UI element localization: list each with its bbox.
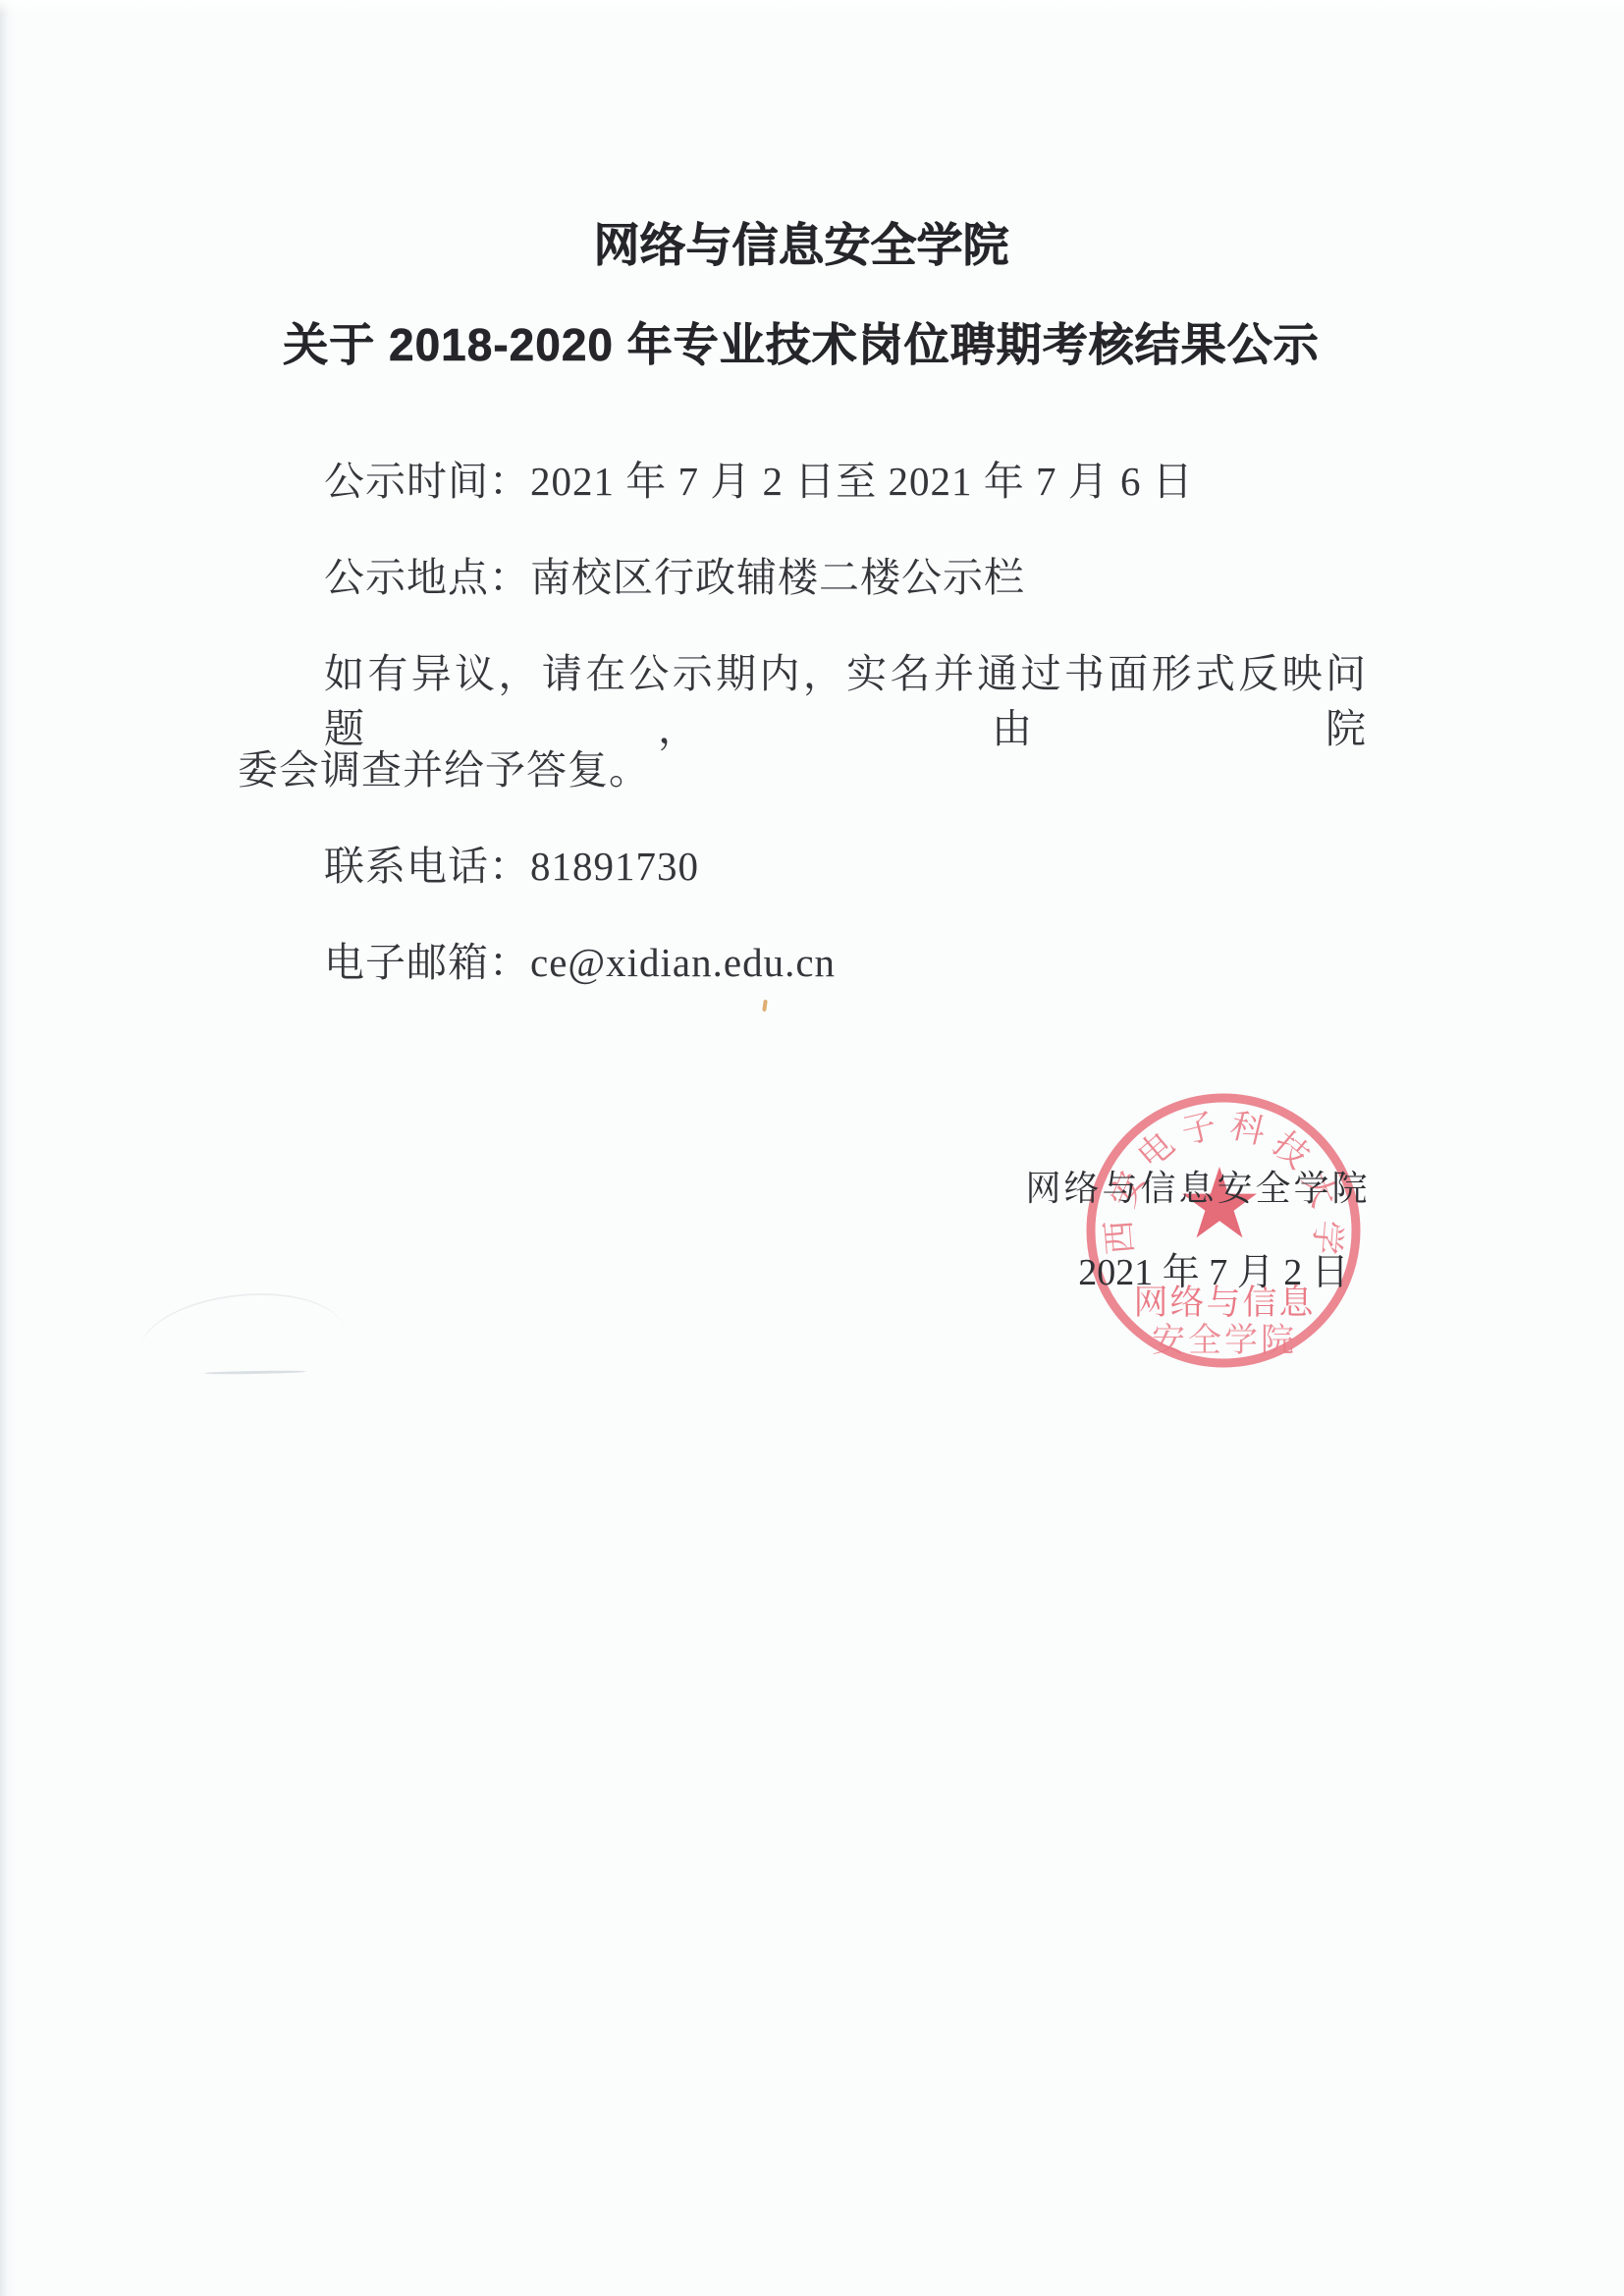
page-subtitle: 关于 2018-2020 年专业技术岗位聘期考核结果公示 [236, 316, 1367, 373]
scan-artifact-tick [762, 1000, 768, 1011]
body-line-email: 电子邮箱：ce@xidian.edu.cn [238, 935, 1367, 990]
seal-ring-char: 子 [1178, 1106, 1220, 1151]
seal-ring-char: 西 [1100, 1219, 1141, 1256]
scan-top-shadow [0, 0, 1624, 14]
scan-artifact-arc [135, 1284, 350, 1400]
signature-organization: 网络与信息安全学院 [1021, 1169, 1375, 1208]
signature-date: 2021 年 7 月 2 日 [1066, 1253, 1361, 1292]
body-line-phone: 联系电话：81891730 [238, 839, 1367, 894]
body-line-publicity-time: 公示时间：2021 年 7 月 2 日至 2021 年 7 月 6 日 [238, 454, 1367, 509]
body-line-objection-1: 如有异议，请在公示期内，实名并通过书面形式反映问题，由院 [238, 646, 1367, 701]
seal-ring-char: 学 [1307, 1219, 1348, 1256]
scan-edge-shadow [0, 0, 16, 2296]
document-page: 网络与信息安全学院 关于 2018-2020 年专业技术岗位聘期考核结果公示 公… [0, 0, 1624, 2296]
seal-ring-char: 科 [1226, 1106, 1269, 1151]
page-title: 网络与信息安全学院 [236, 217, 1367, 274]
scanned-announcement-page: { "document": { "title": "网络与信息安全学院", "s… [0, 0, 1624, 2296]
official-red-seal: 西 安 电 子 科 技 大 学 网络与信息 安全学院 [1078, 1084, 1371, 1377]
body-line-objection-2: 委会调查并给予答复。 [238, 742, 1367, 797]
body-line-publicity-place: 公示地点：南校区行政辅楼二楼公示栏 [238, 550, 1367, 605]
seal-inner-line2: 安全学院 [1152, 1322, 1297, 1359]
